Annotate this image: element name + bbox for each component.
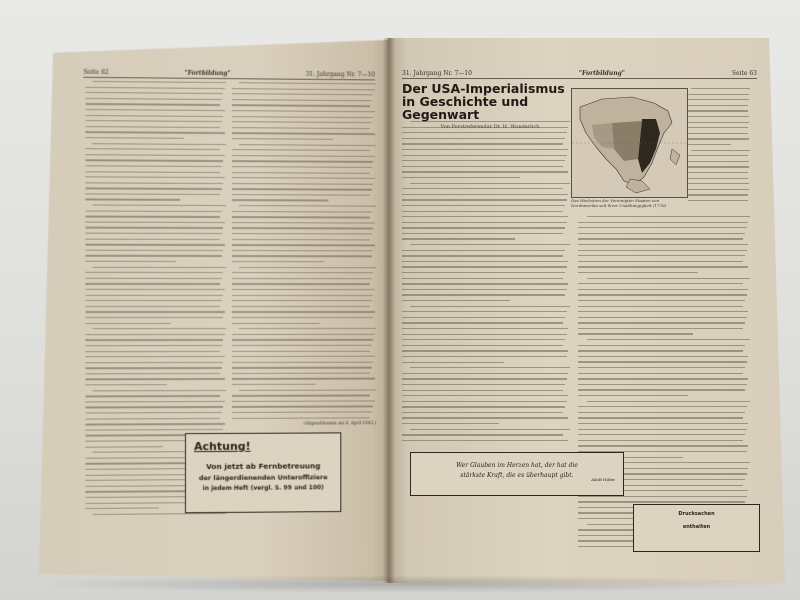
body-text-line: [402, 171, 568, 172]
body-text-line: [85, 406, 223, 408]
body-text-line: [402, 406, 565, 407]
body-text-line: [85, 278, 221, 279]
body-text-line: [578, 434, 745, 435]
body-text-line: [402, 188, 563, 189]
binding-gutter: [383, 38, 395, 583]
body-text-line: [688, 144, 731, 145]
body-text-line: [402, 216, 568, 217]
body-text-line: [578, 406, 747, 407]
body-text-line: [578, 350, 743, 351]
body-text-line: [85, 160, 223, 162]
body-text-line: [688, 200, 748, 201]
body-text-line: [410, 121, 570, 122]
body-text-line: [85, 131, 224, 133]
article-dateline-wrap: (Abgeschlossen am 6. April 1943.): [232, 420, 376, 429]
body-text-line: [232, 317, 373, 318]
body-text-line: [85, 182, 223, 184]
body-text-line: [578, 233, 745, 234]
body-text-line: [85, 137, 184, 139]
body-text-line: [402, 227, 565, 228]
body-text-line: [85, 395, 220, 397]
body-text-line: [402, 317, 565, 318]
body-text-line: [402, 255, 563, 256]
body-text-line: [239, 267, 376, 269]
body-text-line: [239, 389, 376, 391]
body-text-line: [85, 98, 221, 100]
body-text-line: [232, 127, 370, 129]
body-text-line: [402, 401, 567, 402]
body-text-line: [85, 384, 167, 386]
body-text-line: [85, 120, 221, 122]
body-text-line: [578, 261, 743, 262]
body-text-line: [232, 261, 324, 262]
quote-text-line-1: Wer Glauben im Herzen hat, der hat die: [411, 461, 623, 471]
body-text-line: [402, 149, 568, 150]
right-column-2-top-text: [688, 88, 750, 208]
body-text-line: [578, 283, 743, 284]
body-text-line: [85, 508, 158, 510]
body-text-line: [85, 272, 223, 274]
body-text-line: [85, 227, 223, 229]
body-text-line: [85, 233, 221, 235]
body-text-line: [402, 390, 563, 391]
body-text-line: [232, 149, 370, 151]
body-text-line: [85, 283, 220, 284]
body-text-line: [402, 345, 563, 346]
right-page-number: Seite 63: [732, 70, 757, 77]
body-text-line: [578, 345, 745, 346]
body-text-line: [402, 289, 567, 290]
body-text-line: [402, 283, 568, 284]
body-text-line: [402, 222, 567, 223]
drucksachen-line-1: Drucksachen: [634, 511, 759, 518]
body-text-line: [578, 227, 747, 228]
body-text-line: [85, 412, 221, 414]
magazine-spread: Seite 62 "Fortbildung" 31. Jahrgang Nr. …: [40, 38, 785, 583]
body-text-line: [402, 199, 567, 200]
body-text-line: [85, 373, 220, 375]
body-text-line: [578, 384, 747, 385]
body-text-line: [85, 148, 220, 150]
body-text-line: [402, 261, 568, 262]
right-page: 31. Jahrgang Nr. 7—10 "Fortbildung" Seit…: [388, 38, 785, 583]
body-text-line: [402, 238, 515, 239]
body-text-line: [232, 216, 370, 218]
drucksachen-line-2: enthalten: [634, 524, 759, 531]
body-text-line: [578, 445, 748, 446]
body-text-line: [691, 88, 750, 89]
body-text-line: [232, 378, 374, 380]
body-text-line: [402, 328, 568, 329]
body-text-line: [85, 367, 221, 369]
body-text-line: [402, 373, 568, 374]
body-text-line: [232, 222, 374, 224]
body-text-line: [232, 110, 374, 112]
body-text-line: [578, 272, 698, 273]
right-issue-label: 31. Jahrgang Nr. 7—10: [402, 70, 472, 77]
body-text-line: [232, 400, 374, 402]
body-text-line: [402, 160, 565, 161]
body-text-line: [402, 266, 567, 267]
body-text-line: [402, 384, 565, 385]
body-text-line: [232, 250, 373, 252]
body-text-line: [578, 417, 743, 418]
achtung-line-1: Von jetzt ab Fernbetreuung: [186, 461, 340, 471]
body-text-line: [402, 300, 510, 301]
table-shadow: [30, 575, 790, 593]
body-text-line: [402, 362, 504, 363]
body-text-line: [85, 418, 220, 420]
body-text-line: [688, 166, 749, 167]
body-text-line: [85, 294, 223, 295]
body-text-line: [578, 289, 748, 290]
body-text-line: [85, 188, 221, 190]
body-text-line: [578, 356, 748, 357]
body-text-line: [578, 389, 745, 390]
body-text-line: [92, 205, 225, 207]
body-text-line: [232, 350, 370, 352]
body-text-line: [85, 165, 221, 167]
body-text-line: [85, 238, 220, 240]
body-text-line: [85, 429, 223, 431]
body-text-line: [85, 350, 220, 352]
body-text-line: [232, 105, 370, 107]
body-text-line: [232, 200, 329, 202]
body-text-line: [691, 150, 750, 151]
body-text-line: [688, 194, 748, 195]
left-page-number: Seite 62: [83, 69, 108, 76]
body-text-line: [85, 317, 223, 318]
body-text-line: [92, 390, 225, 392]
body-text-line: [239, 205, 376, 207]
body-text-line: [402, 322, 563, 323]
body-text-line: [85, 378, 224, 380]
body-text-line: [578, 238, 743, 239]
achtung-line-3: in jedem Heft (vergl. S. 99 und 100): [186, 484, 340, 492]
body-text-line: [402, 177, 520, 178]
body-text-line: [85, 345, 221, 346]
achtung-heading: Achtung!: [194, 439, 340, 453]
body-text-line: [402, 395, 568, 396]
body-text-line: [85, 356, 224, 358]
body-text-line: [578, 361, 747, 362]
body-text-line: [239, 328, 376, 329]
body-text-line: [232, 116, 373, 118]
body-text-line: [688, 110, 748, 111]
body-text-line: [232, 334, 374, 335]
body-text-line: [85, 311, 224, 312]
body-text-line: [402, 211, 563, 212]
body-text-line: [578, 306, 743, 307]
body-text-line: [402, 138, 565, 139]
body-text-line: [92, 328, 225, 329]
body-text-line: [232, 417, 370, 419]
body-text-line: [232, 160, 373, 162]
body-text-line: [232, 322, 320, 323]
body-text-line: [85, 446, 162, 448]
left-page: Seite 62 "Fortbildung" 31. Jahrgang Nr. …: [39, 36, 389, 585]
body-text-line: [578, 294, 747, 295]
body-text-line: [402, 434, 563, 435]
body-text-line: [85, 362, 223, 364]
body-text-line: [232, 211, 372, 213]
body-text-line: [85, 171, 220, 173]
body-text-line: [85, 109, 224, 111]
body-text-line: [232, 227, 373, 229]
body-text-line: [232, 233, 372, 235]
body-text-line: [239, 144, 376, 146]
body-text-line: [578, 328, 743, 329]
body-text-line: [85, 103, 220, 105]
body-text-line: [232, 155, 374, 157]
body-text-line: [85, 86, 224, 88]
body-text-line: [587, 339, 750, 340]
body-text-line: [232, 121, 372, 123]
body-text-line: [587, 216, 750, 217]
body-text-line: [578, 255, 745, 256]
body-text-line: [232, 255, 372, 257]
body-text-line: [410, 367, 570, 368]
body-text-line: [578, 378, 748, 379]
body-text-line: [578, 395, 688, 396]
body-text-line: [402, 127, 568, 128]
body-text-line: [232, 188, 372, 190]
body-text-line: [402, 356, 567, 357]
body-text-line: [402, 155, 567, 156]
body-text-line: [85, 244, 224, 246]
body-text-line: [232, 367, 372, 369]
body-text-line: [578, 300, 745, 301]
body-text-line: [85, 216, 220, 218]
body-text-line: [85, 176, 224, 178]
body-text-line: [688, 127, 748, 128]
achtung-line-2: der längerdienenden Unteroffiziere: [186, 473, 340, 482]
body-text-line: [688, 178, 748, 179]
body-text-line: [85, 300, 221, 301]
body-text-line: [578, 317, 747, 318]
body-text-line: [402, 417, 568, 418]
left-column-2-text: [232, 82, 376, 427]
body-text-line: [410, 429, 570, 430]
body-text-line: [688, 133, 748, 134]
body-text-line: [232, 345, 372, 346]
body-text-line: [232, 88, 374, 91]
left-magazine-name: "Fortbildung": [185, 70, 231, 77]
article-dateline: (Abgeschlossen am 6. April 1943.): [232, 420, 376, 426]
north-america-map-graphic: [572, 89, 687, 197]
body-text-line: [688, 105, 748, 106]
body-text-line: [85, 221, 224, 223]
body-text-line: [578, 311, 748, 312]
body-text-line: [402, 311, 567, 312]
body-text-line: [402, 272, 565, 273]
body-text-line: [232, 339, 373, 340]
body-text-line: [402, 132, 567, 133]
body-text-line: [402, 166, 563, 167]
body-text-line: [232, 372, 370, 374]
body-text-line: [232, 138, 333, 140]
right-column-1-text: [402, 121, 570, 446]
body-text-line: [85, 323, 171, 324]
body-text-line: [85, 115, 223, 117]
body-text-line: [688, 155, 748, 156]
body-text-line: [232, 306, 370, 307]
body-text-line: [232, 406, 373, 408]
body-text-line: [232, 93, 373, 95]
body-text-line: [402, 440, 568, 441]
body-text-line: [688, 172, 748, 173]
body-text-line: [578, 501, 745, 502]
body-text-line: [688, 189, 749, 190]
body-text-line: [85, 261, 175, 262]
body-text-line: [578, 244, 748, 245]
body-text-line: [85, 92, 223, 94]
body-text-line: [232, 99, 372, 101]
body-text-line: [688, 138, 749, 139]
body-text-line: [402, 350, 568, 351]
body-text-line: [578, 222, 748, 223]
article-title-line-2: in Geschichte und Gegenwart: [402, 95, 578, 121]
body-text-line: [232, 177, 374, 179]
body-text-line: [402, 378, 567, 379]
body-text-line: [92, 81, 225, 83]
body-text-line: [92, 143, 225, 145]
body-text-line: [688, 161, 749, 162]
body-text-line: [232, 395, 370, 397]
body-text-line: [85, 289, 224, 290]
body-text-line: [232, 384, 316, 386]
body-text-line: [232, 295, 373, 296]
left-running-header: Seite 62 "Fortbildung" 31. Jahrgang Nr. …: [83, 69, 374, 81]
body-text-line: [85, 306, 220, 307]
body-text-line: [578, 423, 748, 424]
body-text-line: [232, 311, 374, 312]
body-text-line: [578, 333, 693, 334]
body-text-line: [239, 82, 376, 85]
right-running-header: 31. Jahrgang Nr. 7—10 "Fortbildung" Seit…: [402, 70, 757, 79]
body-text-line: [232, 361, 373, 363]
body-text-line: [232, 300, 372, 301]
body-text-line: [85, 255, 221, 257]
body-text-line: [587, 278, 750, 279]
body-text-line: [85, 339, 223, 340]
body-text-line: [578, 373, 743, 374]
body-text-line: [402, 423, 499, 424]
achtung-notice-box: Achtung! Von jetzt ab Fernbetreuung der …: [185, 432, 341, 513]
body-text-line: [232, 183, 373, 185]
body-text-line: [688, 116, 749, 117]
body-text-line: [402, 412, 563, 413]
body-text-line: [578, 250, 747, 251]
body-text-line: [587, 401, 750, 402]
body-text-line: [410, 183, 570, 184]
body-text-line: [402, 339, 565, 340]
body-text-line: [232, 239, 370, 241]
body-text-line: [402, 250, 565, 251]
body-text-line: [232, 166, 372, 168]
left-issue-label: 31. Jahrgang Nr. 7—10: [306, 71, 375, 79]
body-text-line: [410, 244, 570, 245]
body-text-line: [402, 194, 568, 195]
body-text-line: [232, 289, 374, 290]
body-text-line: [232, 411, 372, 413]
body-text-line: [85, 199, 179, 201]
body-text-line: [402, 233, 563, 234]
body-text-line: [688, 122, 749, 123]
body-text-line: [85, 423, 224, 425]
map-caption: Das Wachstum der Vereinigten Staaten von…: [571, 198, 686, 208]
body-text-line: [578, 322, 745, 323]
body-text-line: [232, 283, 370, 284]
body-text-line: [232, 278, 372, 279]
body-text-line: [232, 132, 374, 134]
body-text-line: [85, 401, 224, 403]
body-text-line: [402, 334, 567, 335]
body-text-line: [85, 126, 220, 128]
body-text-line: [85, 193, 220, 195]
body-text-line: [85, 210, 221, 212]
body-text-line: [232, 172, 370, 174]
body-text-line: [578, 367, 745, 368]
body-text-line: [688, 94, 749, 95]
usa-growth-map: [571, 88, 688, 198]
body-text-line: [232, 244, 374, 246]
body-text-line: [232, 272, 373, 273]
body-text-line: [85, 334, 224, 335]
body-text-line: [232, 194, 370, 196]
right-magazine-name: "Fortbildung": [579, 70, 625, 77]
body-text-line: [85, 250, 223, 252]
body-text-line: [85, 154, 224, 156]
body-text-line: [410, 306, 570, 307]
quote-box: Wer Glauben im Herzen hat, der hat die s…: [410, 452, 624, 496]
body-text-line: [92, 266, 225, 268]
body-text-line: [578, 440, 743, 441]
body-text-line: [402, 205, 565, 206]
drucksachen-stamp-box: Drucksachen enthalten: [633, 504, 760, 552]
body-text-line: [578, 412, 745, 413]
body-text-line: [688, 183, 749, 184]
body-text-line: [402, 143, 563, 144]
body-text-line: [578, 429, 747, 430]
body-text-line: [578, 266, 748, 267]
body-text-line: [402, 294, 565, 295]
body-text-line: [402, 278, 563, 279]
body-text-line: [232, 356, 374, 358]
body-text-line: [688, 99, 749, 100]
